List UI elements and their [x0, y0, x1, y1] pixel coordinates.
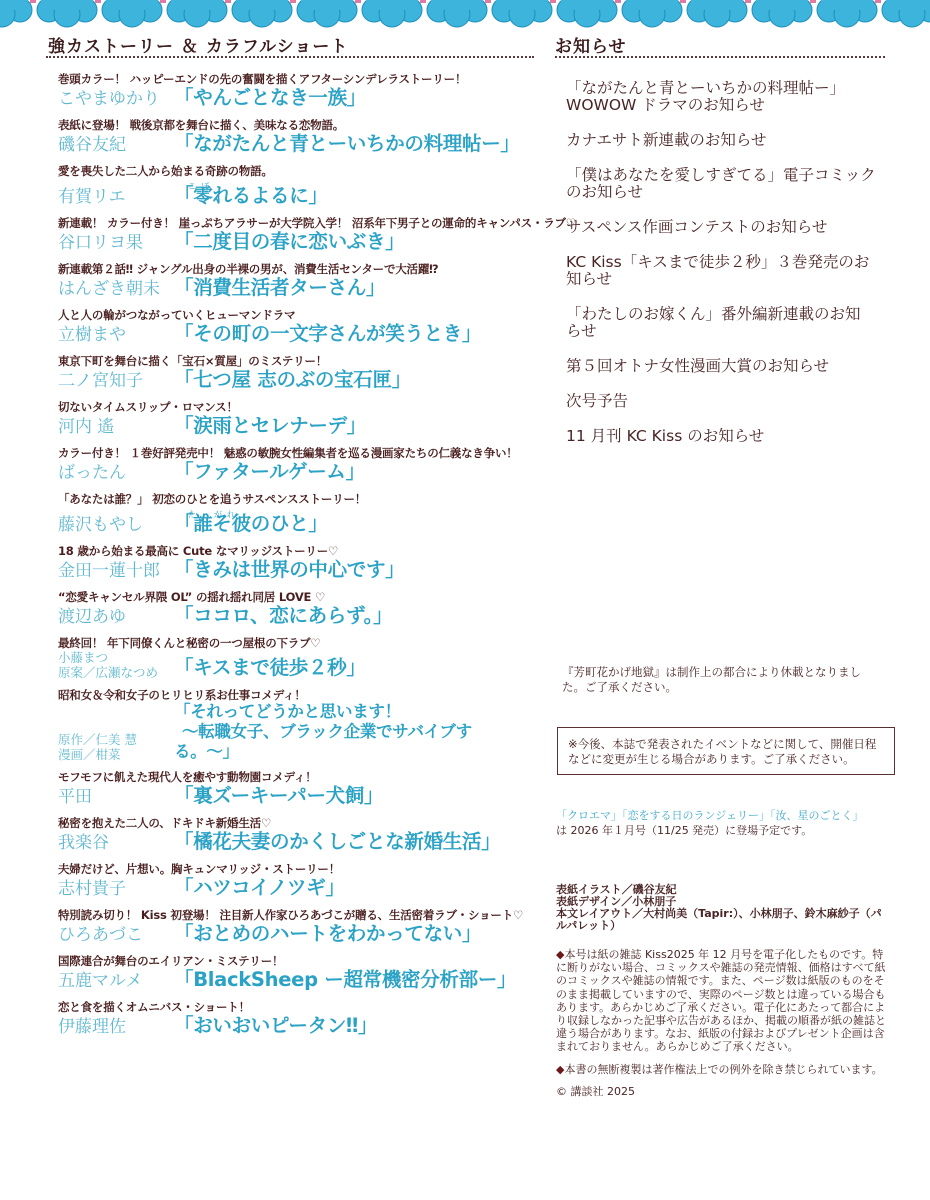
story-entry: モフモフに飢えた現代人を癒やす動物園コメディ！平田「裏ズーキーパー犬飼」: [58, 770, 488, 808]
story-entry: 夫婦だけど、片想い。胸キュンマリッジ・ストーリー！志村貴子「ハツコイノツギ」: [58, 862, 488, 900]
story-title: 「それってどうかと思います！〜転職女子、ブラック企業でサバイブする。〜」: [174, 702, 488, 762]
story-list: 巻頭カラー！ ハッピーエンドの先の奮闘を描くアフターシンデレラストーリー！こやま…: [58, 72, 488, 1046]
story-catchcopy: モフモフに飢えた現代人を癒やす動物園コメディ！: [58, 770, 488, 784]
boxed-notice: ※今後、本誌で発表されたイベントなどに関して、開催日程などに変更が生じる場合があ…: [557, 727, 895, 775]
author-name: 小藤まつ: [58, 650, 108, 665]
story-author: 五鹿マルメ: [58, 970, 174, 992]
story-entry: カラー付き！ １巻好評発売中！ 魅惑の敏腕女性編集者を巡る漫画家たちの仁義なき争…: [58, 446, 488, 484]
author-name: 渡辺あゆ: [58, 607, 126, 627]
story-entry: 恋と食を描くオムニバス・ショート！伊藤理佐「おいおいピータン‼」: [58, 1000, 488, 1038]
legal-paragraph: ◆本号は紙の雑誌 Kiss2025 年 12 月号を電子化したものです。特に断り…: [556, 948, 886, 1054]
author-credit: 漫画／柑菜: [58, 747, 121, 762]
story-entry: 人と人の輪がつながっていくヒューマンドラマ立樹まや「その町の一文字さんが笑うとき…: [58, 308, 488, 346]
story-author: 平田: [58, 786, 174, 808]
story-entry: 特別読み切り！ Kiss 初登場！ 注目新人作家ひろあづこが贈る、生活密着ラブ・…: [58, 908, 488, 946]
story-catchcopy: 夫婦だけど、片想い。胸キュンマリッジ・ストーリー！: [58, 862, 488, 876]
story-catchcopy: 国際連合が舞台のエイリアン・ミステリー！: [58, 954, 488, 968]
author-credit: 原案／広瀬なつめ: [58, 665, 158, 680]
story-author: 藤沢もやし: [58, 514, 174, 536]
story-entry: 新連載！ カラー付き！ 崖っぷちアラサーが大学院入学！ 沼系年下男子との運命的キ…: [58, 216, 488, 254]
story-title: 「ファタールゲーム」: [174, 460, 365, 484]
story-entry: “恋愛キャンセル界隈 OL” の揺れ揺れ同居 LOVE ♡渡辺あゆ「ココロ、恋に…: [58, 590, 488, 628]
story-catchcopy: “恋愛キャンセル界隈 OL” の揺れ揺れ同居 LOVE ♡: [58, 590, 488, 604]
story-entry: 愛を喪失した二人から始まる奇跡の物語。有賀リエこぼ「零れるよるに」: [58, 164, 488, 208]
story-entry: 切ないタイムスリップ・ロマンス！河内 遙「涙雨とセレナーデ」: [58, 400, 488, 438]
story-entry: 「あなたは誰？」 初恋のひとを追うサスペンスストーリー！藤沢もやした がれ「誰そ…: [58, 492, 488, 536]
story-title: 「ながたんと青とーいちかの料理帖ー」: [174, 132, 520, 156]
furigana: こぼ: [188, 175, 214, 199]
story-catchcopy: 最終回！ 年下同僚くんと秘密の一つ屋根の下ラブ♡: [58, 636, 488, 650]
story-entry: 表紙に登場！ 戦後京都を舞台に描く、美味なる恋物語。磯谷友紀「ながたんと青とーい…: [58, 118, 488, 156]
story-catchcopy: 「あなたは誰？」 初恋のひとを追うサスペンスストーリー！: [58, 492, 488, 506]
story-author: 渡辺あゆ: [58, 606, 174, 628]
legal-paragraph: ◆本書の無断複製は著作権法上での例外を除き禁じられています。: [556, 1063, 886, 1076]
story-title: 「BlackSheep ー超常機密分析部ー」: [174, 968, 516, 992]
author-name: ひろあづこ: [58, 925, 143, 945]
author-name: 志村貴子: [58, 879, 126, 899]
story-entry: 昭和女＆令和女子のヒリヒリ系お仕事コメディ！原作／仁美 慧漫画／柑菜「それってど…: [58, 688, 488, 762]
story-author: 有賀リエ: [58, 186, 174, 208]
author-name: 我楽谷: [58, 833, 109, 853]
news-item[interactable]: KC Kiss「キスまで徒歩２秒」３巻発売のお知らせ: [566, 254, 876, 288]
story-title: 「七つ屋 志のぶの宝石匣」: [174, 368, 411, 392]
story-entry: 秘密を抱えた二人の、ドキドキ新婚生活♡我楽谷「橘花夫妻のかくしごとな新婚生活」: [58, 816, 488, 854]
story-author: 河内 遙: [58, 416, 174, 438]
story-author: こやまゆかり: [58, 88, 174, 110]
story-title: 「キスまで徒歩２秒」: [174, 656, 366, 680]
story-author: 伊藤理佐: [58, 1016, 174, 1038]
story-entry: 最終回！ 年下同僚くんと秘密の一つ屋根の下ラブ♡小藤まつ原案／広瀬なつめ「キスま…: [58, 636, 488, 680]
author-name: はんざき朝未: [58, 279, 160, 299]
story-entry: 国際連合が舞台のエイリアン・ミステリー！五鹿マルメ「BlackSheep ー超常…: [58, 954, 488, 992]
author-name: 金田一蓮十郎: [58, 561, 160, 581]
news-item[interactable]: サスペンス作画コンテストのお知らせ: [566, 219, 876, 236]
story-author: 我楽谷: [58, 832, 174, 854]
story-title: 「きみは世界の中心です」: [174, 558, 404, 582]
author-name: こやまゆかり: [58, 89, 160, 109]
story-catchcopy: カラー付き！ １巻好評発売中！ 魅惑の敏腕女性編集者を巡る漫画家たちの仁義なき争…: [58, 446, 488, 460]
story-title: 「涙雨とセレナーデ」: [174, 414, 366, 438]
story-entry: 東京下町を舞台に描く「宝石×質屋」のミステリー！二ノ宮知子「七つ屋 志のぶの宝石…: [58, 354, 488, 392]
story-title: 「消費生活者ターさん」: [174, 276, 385, 300]
story-catchcopy: 恋と食を描くオムニバス・ショート！: [58, 1000, 488, 1014]
story-catchcopy: 新連載！ カラー付き！ 崖っぷちアラサーが大学院入学！ 沼系年下男子との運命的キ…: [58, 216, 488, 230]
story-author: はんざき朝未: [58, 278, 174, 300]
news-item[interactable]: 「ながたんと青とーいちかの料理帖ー」WOWOW ドラマのお知らせ: [566, 80, 876, 114]
author-name: 谷口リヨ果: [58, 233, 143, 253]
story-title: 「橘花夫妻のかくしごとな新婚生活」: [174, 830, 500, 854]
dotted-divider: [555, 56, 885, 58]
copyright: © 講談社 2025: [556, 1085, 886, 1098]
dotted-divider: [46, 56, 534, 58]
story-catchcopy: 巻頭カラー！ ハッピーエンドの先の奮闘を描くアフターシンデレラストーリー！: [58, 72, 488, 86]
story-title: 「その町の一文字さんが笑うとき」: [174, 322, 481, 346]
section-heading-news: お知らせ: [555, 32, 627, 57]
story-author: ひろあづこ: [58, 924, 174, 946]
news-item[interactable]: 第５回オトナ女性漫画大賞のお知らせ: [566, 358, 876, 375]
news-item[interactable]: 「僕はあなたを愛しすぎてる」電子コミックのお知らせ: [566, 167, 876, 201]
news-item[interactable]: 「わたしのお嫁くん」番外編新連載のお知らせ: [566, 306, 876, 340]
author-name: 磯谷友紀: [58, 135, 126, 155]
story-entry: 巻頭カラー！ ハッピーエンドの先の奮闘を描くアフターシンデレラストーリー！こやま…: [58, 72, 488, 110]
story-author: 原作／仁美 慧漫画／柑菜: [58, 732, 174, 762]
news-item[interactable]: 11 月刊 KC Kiss のお知らせ: [566, 428, 876, 445]
story-author: 立樹まや: [58, 324, 174, 346]
legal-notice: ◆本号は紙の雑誌 Kiss2025 年 12 月号を電子化したものです。特に断り…: [556, 948, 886, 1098]
story-author: 志村貴子: [58, 878, 174, 900]
news-item[interactable]: 次号予告: [566, 393, 876, 410]
story-author: ばったん: [58, 462, 174, 484]
story-title: た がれ「誰そ彼のひと」: [174, 512, 328, 536]
story-author: 谷口リヨ果: [58, 232, 174, 254]
credit-line: 本文レイアウト／大村尚美（Tapir:）、小林朋子、鈴木麻紗子（パルパレット）: [556, 908, 886, 932]
story-entry: 新連載第２話‼ ジャングル出身の半裸の男が、消費生活センターで大活躍⁉はんざき朝…: [58, 262, 488, 300]
author-name: 平田: [58, 787, 92, 807]
story-catchcopy: 切ないタイムスリップ・ロマンス！: [58, 400, 488, 414]
hiatus-note: 『芳町花かげ地獄』は制作上の都合により休載となりました。ご了承ください。: [562, 665, 880, 695]
story-title: 「ココロ、恋にあらず。」: [174, 604, 392, 628]
next-issue-text: は 2026 年１月号（11/25 発売）に登場予定です。: [556, 824, 812, 837]
author-name: 河内 遙: [58, 417, 114, 437]
story-title: 「やんごとなき一族」: [174, 86, 366, 110]
story-author: 磯谷友紀: [58, 134, 174, 156]
story-title: 「二度目の春に恋いぶき」: [174, 230, 404, 254]
story-author: 二ノ宮知子: [58, 370, 174, 392]
story-entry: 18 歳から始まる最高に Cute なマリッジストーリー♡金田一蓮十郎「きみは世…: [58, 544, 488, 582]
furigana: た がれ: [188, 503, 240, 527]
author-name: 二ノ宮知子: [58, 371, 143, 391]
author-name: 五鹿マルメ: [58, 971, 143, 991]
story-catchcopy: 昭和女＆令和女子のヒリヒリ系お仕事コメディ！: [58, 688, 488, 702]
story-title: 「裏ズーキーパー犬飼」: [174, 784, 383, 808]
story-catchcopy: 18 歳から始まる最高に Cute なマリッジストーリー♡: [58, 544, 488, 558]
story-catchcopy: 人と人の輪がつながっていくヒューマンドラマ: [58, 308, 488, 322]
scalloped-border-decoration: [0, 0, 930, 28]
news-item[interactable]: カナエサト新連載のお知らせ: [566, 132, 876, 149]
next-issue-note: 「クロエマ」「恋をする日のランジェリー」「汝、星のごとく」 は 2026 年１月…: [556, 808, 886, 838]
story-title: 「おとめのハートをわかってない」: [174, 922, 481, 946]
author-name: 立樹まや: [58, 325, 126, 345]
story-title: こぼ「零れるよるに」: [174, 184, 328, 208]
story-catchcopy: 新連載第２話‼ ジャングル出身の半裸の男が、消費生活センターで大活躍⁉: [58, 262, 488, 276]
next-issue-titles: 「クロエマ」「恋をする日のランジェリー」「汝、星のごとく」: [556, 809, 864, 822]
author-name: 原作／仁美 慧: [58, 732, 137, 747]
author-name: 藤沢もやし: [58, 515, 143, 535]
story-title: 「ハツコイノツギ」: [174, 876, 345, 900]
story-catchcopy: 愛を喪失した二人から始まる奇跡の物語。: [58, 164, 488, 178]
story-catchcopy: 秘密を抱えた二人の、ドキドキ新婚生活♡: [58, 816, 488, 830]
story-catchcopy: 東京下町を舞台に描く「宝石×質屋」のミステリー！: [58, 354, 488, 368]
news-list: 「ながたんと青とーいちかの料理帖ー」WOWOW ドラマのお知らせカナエサト新連載…: [566, 80, 876, 463]
author-name: 伊藤理佐: [58, 1017, 126, 1037]
author-name: 有賀リエ: [58, 187, 126, 207]
section-heading-stories: 強カストーリー ＆ カラフルショート: [48, 32, 348, 57]
story-title: 「おいおいピータン‼」: [174, 1014, 377, 1038]
story-catchcopy: 特別読み切り！ Kiss 初登場！ 注目新人作家ひろあづこが贈る、生活密着ラブ・…: [58, 908, 488, 922]
story-author: 金田一蓮十郎: [58, 560, 174, 582]
story-author: 小藤まつ原案／広瀬なつめ: [58, 650, 174, 680]
author-name: ばったん: [58, 463, 126, 483]
staff-credits: 表紙イラスト／磯谷友紀表紙デザイン／小林朋子本文レイアウト／大村尚美（Tapir…: [556, 884, 886, 932]
story-catchcopy: 表紙に登場！ 戦後京都を舞台に描く、美味なる恋物語。: [58, 118, 488, 132]
